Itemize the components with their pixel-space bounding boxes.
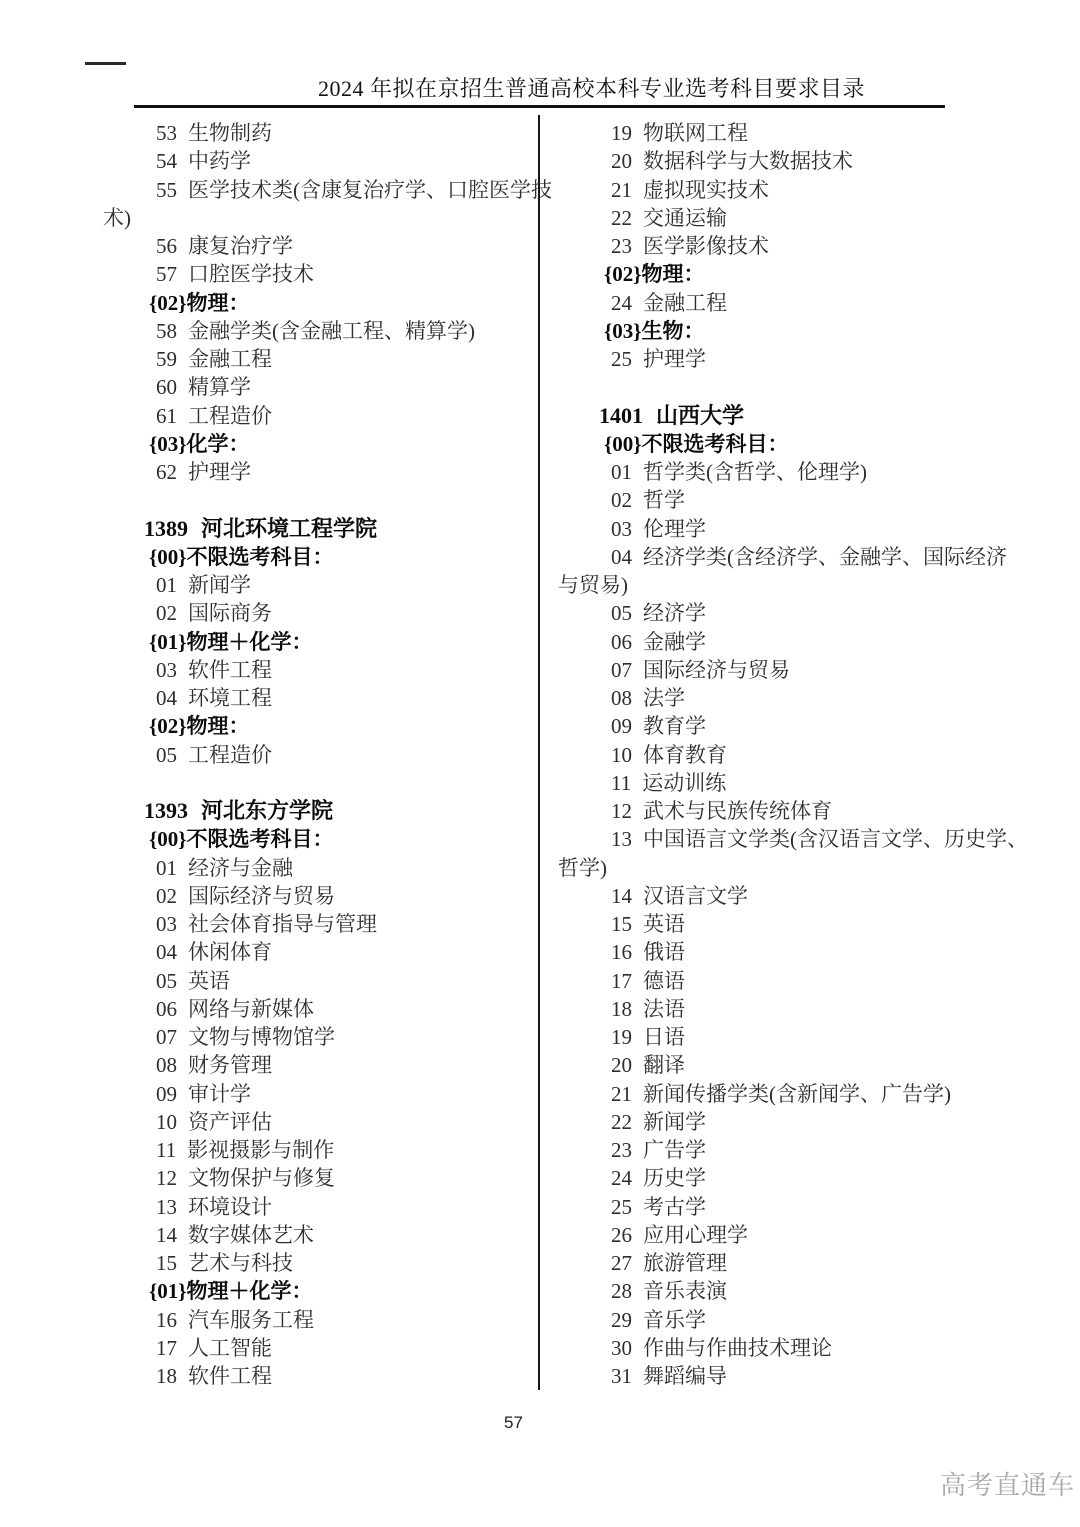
major-number: 26 (611, 1221, 632, 1249)
major-name: 软件工程 (188, 658, 272, 682)
major-number: 12 (156, 1164, 177, 1192)
major-number: 22 (611, 1108, 632, 1136)
wrapped-line: 与贸易) (558, 571, 1018, 599)
subject-requirement-heading: {03}化学： (103, 430, 563, 458)
major-number: 28 (611, 1277, 632, 1305)
major-name: 护理学 (643, 347, 706, 371)
major-line: 04环境工程 (103, 684, 563, 712)
major-number: 59 (156, 345, 177, 373)
subject-requirement-heading: {00}不限选考科目： (103, 825, 563, 853)
major-name: 虚拟现实技术 (643, 178, 769, 202)
major-name: 资产评估 (188, 1110, 272, 1134)
subject-requirement-heading: {03}生物： (558, 317, 1018, 345)
major-name: 汽车服务工程 (188, 1308, 314, 1332)
major-line: 14数字媒体艺术 (103, 1221, 563, 1249)
major-line: 24历史学 (558, 1164, 1018, 1192)
wrapped-line: 术) (103, 204, 563, 232)
major-number: 21 (611, 1080, 632, 1108)
major-name: 金融学类(含金融工程、精算学) (188, 319, 475, 343)
major-line: 13中国语言文学类(含汉语言文学、历史学、 (558, 825, 1018, 853)
major-line: 62护理学 (103, 458, 563, 486)
document-page: 2024 年拟在京招生普通高校本科专业选考科目要求目录 53生物制药54中药学5… (0, 0, 1080, 1527)
major-line: 57口腔医学技术 (103, 260, 563, 288)
major-name: 历史学 (643, 1166, 706, 1190)
major-name: 经济学类(含经济学、金融学、国际经济 (643, 545, 1007, 569)
major-line: 02国际经济与贸易 (103, 882, 563, 910)
school-heading: 1401山西大学 (558, 402, 1018, 430)
major-number: 18 (156, 1362, 177, 1390)
major-number: 56 (156, 232, 177, 260)
major-name: 工程造价 (188, 404, 272, 428)
major-line: 03伦理学 (558, 515, 1018, 543)
subject-requirement-heading: {00}不限选考科目： (558, 430, 1018, 458)
major-number: 15 (156, 1249, 177, 1277)
major-line: 10资产评估 (103, 1108, 563, 1136)
major-name: 数据科学与大数据技术 (643, 149, 853, 173)
major-name: 审计学 (188, 1082, 251, 1106)
major-number: 22 (611, 204, 632, 232)
major-name: 法语 (643, 997, 685, 1021)
major-number: 13 (611, 825, 632, 853)
major-name: 英语 (188, 969, 230, 993)
major-line: 08法学 (558, 684, 1018, 712)
major-name: 影视摄影与制作 (187, 1138, 334, 1162)
watermark: 高考直通车 (940, 1470, 1075, 1500)
major-number: 04 (611, 543, 632, 571)
major-number: 01 (156, 571, 177, 599)
major-line: 02哲学 (558, 486, 1018, 514)
major-line: 18法语 (558, 995, 1018, 1023)
major-name: 环境工程 (188, 686, 272, 710)
major-name: 翻译 (643, 1053, 685, 1077)
major-line: 56康复治疗学 (103, 232, 563, 260)
major-name: 考古学 (643, 1195, 706, 1219)
major-name: 交通运输 (643, 206, 727, 230)
major-number: 29 (611, 1306, 632, 1334)
major-name: 财务管理 (188, 1053, 272, 1077)
major-line: 28音乐表演 (558, 1277, 1018, 1305)
major-line: 55医学技术类(含康复治疗学、口腔医学技 (103, 176, 563, 204)
major-number: 11 (156, 1136, 176, 1164)
major-name: 生物制药 (188, 121, 272, 145)
major-name: 新闻学 (188, 573, 251, 597)
major-name: 中药学 (188, 149, 251, 173)
major-name: 汉语言文学 (643, 884, 748, 908)
major-line: 61工程造价 (103, 402, 563, 430)
major-line: 30作曲与作曲技术理论 (558, 1334, 1018, 1362)
major-number: 54 (156, 147, 177, 175)
major-number: 19 (611, 1023, 632, 1051)
major-line: 60精算学 (103, 373, 563, 401)
major-number: 11 (611, 769, 631, 797)
major-line: 26应用心理学 (558, 1221, 1018, 1249)
major-name: 数字媒体艺术 (188, 1223, 314, 1247)
major-line: 22交通运输 (558, 204, 1018, 232)
major-line: 03软件工程 (103, 656, 563, 684)
major-line: 05经济学 (558, 599, 1018, 627)
major-line: 17人工智能 (103, 1334, 563, 1362)
subject-requirement-heading: {01}物理＋化学： (103, 628, 563, 656)
major-number: 03 (156, 656, 177, 684)
major-number: 13 (156, 1193, 177, 1221)
major-name: 应用心理学 (643, 1223, 748, 1247)
major-name: 旅游管理 (643, 1251, 727, 1275)
major-line: 07文物与博物馆学 (103, 1023, 563, 1051)
major-number: 57 (156, 260, 177, 288)
major-line: 58金融学类(含金融工程、精算学) (103, 317, 563, 345)
document-title: 2024 年拟在京招生普通高校本科专业选考科目要求目录 (318, 77, 865, 101)
major-line: 09教育学 (558, 712, 1018, 740)
major-name: 哲学 (643, 488, 685, 512)
major-number: 08 (156, 1051, 177, 1079)
major-line: 15英语 (558, 910, 1018, 938)
major-name: 医学影像技术 (643, 234, 769, 258)
major-number: 02 (156, 882, 177, 910)
major-line: 29音乐学 (558, 1306, 1018, 1334)
major-name: 音乐学 (643, 1308, 706, 1332)
major-name: 新闻传播学类(含新闻学、广告学) (643, 1082, 951, 1106)
major-line: 03社会体育指导与管理 (103, 910, 563, 938)
major-number: 06 (156, 995, 177, 1023)
major-number: 03 (611, 515, 632, 543)
school-name: 河北东方学院 (201, 798, 333, 823)
major-line: 11运动训练 (558, 769, 1018, 797)
major-name: 新闻学 (643, 1110, 706, 1134)
major-number: 24 (611, 1164, 632, 1192)
major-line: 53生物制药 (103, 119, 563, 147)
major-number: 08 (611, 684, 632, 712)
school-code: 1393 (144, 797, 188, 825)
right-column: 19物联网工程20数据科学与大数据技术21虚拟现实技术22交通运输23医学影像技… (558, 119, 1018, 1390)
major-line: 59金融工程 (103, 345, 563, 373)
school-code: 1389 (144, 515, 188, 543)
major-line: 14汉语言文学 (558, 882, 1018, 910)
subject-requirement-heading: {01}物理＋化学： (103, 1277, 563, 1305)
major-line: 16俄语 (558, 938, 1018, 966)
major-line: 23医学影像技术 (558, 232, 1018, 260)
major-name: 文物与博物馆学 (188, 1025, 335, 1049)
major-line: 07国际经济与贸易 (558, 656, 1018, 684)
major-line: 27旅游管理 (558, 1249, 1018, 1277)
major-number: 23 (611, 232, 632, 260)
major-line: 04休闲体育 (103, 938, 563, 966)
major-name: 金融工程 (188, 347, 272, 371)
major-name: 经济与金融 (188, 856, 293, 880)
major-name: 艺术与科技 (188, 1251, 293, 1275)
major-name: 网络与新媒体 (188, 997, 314, 1021)
major-line: 11影视摄影与制作 (103, 1136, 563, 1164)
major-line: 23广告学 (558, 1136, 1018, 1164)
major-number: 10 (611, 741, 632, 769)
major-number: 16 (611, 938, 632, 966)
major-name: 金融学 (643, 630, 706, 654)
major-number: 10 (156, 1108, 177, 1136)
title-underline-rule (134, 105, 945, 108)
major-number: 02 (611, 486, 632, 514)
blank-line (103, 769, 563, 797)
major-line: 15艺术与科技 (103, 1249, 563, 1277)
major-number: 25 (611, 1193, 632, 1221)
major-number: 04 (156, 684, 177, 712)
school-heading: 1393河北东方学院 (103, 797, 563, 825)
major-number: 31 (611, 1362, 632, 1390)
school-heading: 1389河北环境工程学院 (103, 515, 563, 543)
major-name: 舞蹈编导 (643, 1364, 727, 1388)
major-name: 日语 (643, 1025, 685, 1049)
major-number: 58 (156, 317, 177, 345)
major-name: 国际经济与贸易 (188, 884, 335, 908)
major-number: 02 (156, 599, 177, 627)
major-line: 12武术与民族传统体育 (558, 797, 1018, 825)
major-name: 音乐表演 (643, 1279, 727, 1303)
major-number: 24 (611, 289, 632, 317)
subject-requirement-heading: {02}物理： (103, 712, 563, 740)
major-line: 24金融工程 (558, 289, 1018, 317)
major-line: 25考古学 (558, 1193, 1018, 1221)
major-line: 08财务管理 (103, 1051, 563, 1079)
major-name: 精算学 (188, 375, 251, 399)
subject-requirement-heading: {02}物理： (558, 260, 1018, 288)
major-line: 19物联网工程 (558, 119, 1018, 147)
major-name: 武术与民族传统体育 (643, 799, 832, 823)
major-number: 03 (156, 910, 177, 938)
major-name: 医学技术类(含康复治疗学、口腔医学技 (188, 178, 552, 202)
major-name: 护理学 (188, 460, 251, 484)
subject-requirement-heading: {02}物理： (103, 289, 563, 317)
wrapped-line: 哲学) (558, 854, 1018, 882)
major-number: 07 (156, 1023, 177, 1051)
major-name: 社会体育指导与管理 (188, 912, 377, 936)
major-name: 广告学 (643, 1138, 706, 1162)
major-line: 18软件工程 (103, 1362, 563, 1390)
major-line: 21新闻传播学类(含新闻学、广告学) (558, 1080, 1018, 1108)
major-name: 教育学 (643, 714, 706, 738)
major-number: 05 (156, 967, 177, 995)
major-line: 12文物保护与修复 (103, 1164, 563, 1192)
major-number: 25 (611, 345, 632, 373)
major-number: 01 (611, 458, 632, 486)
major-line: 54中药学 (103, 147, 563, 175)
major-line: 06网络与新媒体 (103, 995, 563, 1023)
major-number: 06 (611, 628, 632, 656)
school-name: 河北环境工程学院 (201, 516, 377, 541)
major-number: 17 (611, 967, 632, 995)
major-line: 21虚拟现实技术 (558, 176, 1018, 204)
major-name: 作曲与作曲技术理论 (643, 1336, 832, 1360)
major-line: 13环境设计 (103, 1193, 563, 1221)
major-name: 软件工程 (188, 1364, 272, 1388)
major-name: 金融工程 (643, 291, 727, 315)
major-line: 01经济与金融 (103, 854, 563, 882)
major-line: 01新闻学 (103, 571, 563, 599)
major-number: 53 (156, 119, 177, 147)
major-number: 01 (156, 854, 177, 882)
major-number: 19 (611, 119, 632, 147)
major-name: 环境设计 (188, 1195, 272, 1219)
left-column: 53生物制药54中药学55医学技术类(含康复治疗学、口腔医学技术)56康复治疗学… (103, 119, 563, 1390)
major-name: 德语 (643, 969, 685, 993)
major-line: 20翻译 (558, 1051, 1018, 1079)
major-number: 27 (611, 1249, 632, 1277)
major-line: 19日语 (558, 1023, 1018, 1051)
major-number: 23 (611, 1136, 632, 1164)
major-number: 07 (611, 656, 632, 684)
major-line: 04经济学类(含经济学、金融学、国际经济 (558, 543, 1018, 571)
major-name: 法学 (643, 686, 685, 710)
major-number: 21 (611, 176, 632, 204)
major-name: 康复治疗学 (188, 234, 293, 258)
major-name: 人工智能 (188, 1336, 272, 1360)
school-name: 山西大学 (656, 403, 744, 428)
page-number: 57 (504, 1412, 523, 1434)
major-number: 60 (156, 373, 177, 401)
blank-line (558, 373, 1018, 401)
major-name: 中国语言文学类(含汉语言文学、历史学、 (643, 827, 1028, 851)
major-line: 05工程造价 (103, 741, 563, 769)
major-number: 14 (611, 882, 632, 910)
major-name: 英语 (643, 912, 685, 936)
major-line: 06金融学 (558, 628, 1018, 656)
major-number: 55 (156, 176, 177, 204)
major-name: 伦理学 (643, 517, 706, 541)
major-name: 国际商务 (188, 601, 272, 625)
major-name: 文物保护与修复 (188, 1166, 335, 1190)
school-code: 1401 (599, 402, 643, 430)
major-number: 30 (611, 1334, 632, 1362)
major-number: 09 (611, 712, 632, 740)
major-line: 17德语 (558, 967, 1018, 995)
top-left-rule-fragment (85, 62, 126, 65)
major-number: 04 (156, 938, 177, 966)
major-number: 05 (611, 599, 632, 627)
major-number: 09 (156, 1080, 177, 1108)
major-number: 14 (156, 1221, 177, 1249)
major-name: 工程造价 (188, 743, 272, 767)
major-name: 俄语 (643, 940, 685, 964)
major-name: 物联网工程 (643, 121, 748, 145)
major-line: 25护理学 (558, 345, 1018, 373)
major-number: 12 (611, 797, 632, 825)
major-line: 16汽车服务工程 (103, 1306, 563, 1334)
major-name: 运动训练 (642, 771, 726, 795)
major-line: 31舞蹈编导 (558, 1362, 1018, 1390)
major-number: 17 (156, 1334, 177, 1362)
major-number: 20 (611, 1051, 632, 1079)
major-name: 口腔医学技术 (188, 262, 314, 286)
major-line: 10体育教育 (558, 741, 1018, 769)
major-line: 05英语 (103, 967, 563, 995)
major-name: 休闲体育 (188, 940, 272, 964)
subject-requirement-heading: {00}不限选考科目： (103, 543, 563, 571)
major-name: 经济学 (643, 601, 706, 625)
major-line: 20数据科学与大数据技术 (558, 147, 1018, 175)
major-number: 15 (611, 910, 632, 938)
major-number: 62 (156, 458, 177, 486)
major-number: 16 (156, 1306, 177, 1334)
major-name: 国际经济与贸易 (643, 658, 790, 682)
major-number: 18 (611, 995, 632, 1023)
major-line: 09审计学 (103, 1080, 563, 1108)
major-line: 01哲学类(含哲学、伦理学) (558, 458, 1018, 486)
major-name: 体育教育 (643, 743, 727, 767)
blank-line (103, 486, 563, 514)
major-number: 05 (156, 741, 177, 769)
major-number: 20 (611, 147, 632, 175)
major-number: 61 (156, 402, 177, 430)
major-line: 22新闻学 (558, 1108, 1018, 1136)
major-line: 02国际商务 (103, 599, 563, 627)
major-name: 哲学类(含哲学、伦理学) (643, 460, 867, 484)
